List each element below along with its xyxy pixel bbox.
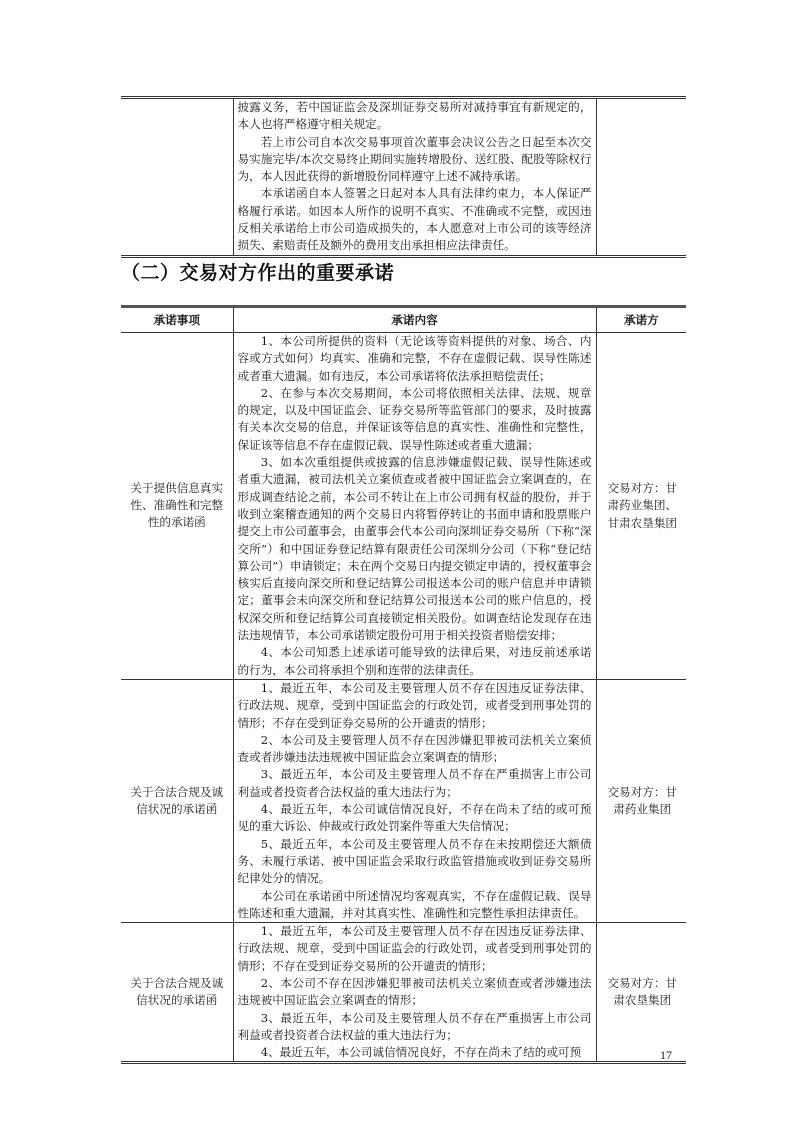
paragraph: 2、在参与本次交易期间，本公司将依照相关法律、法规、规章的规定，以及中国证监会、… bbox=[238, 385, 592, 454]
paragraph: 4、最近五年，本公司诚信情况良好，不存在尚未了结的或可预 bbox=[238, 1044, 592, 1061]
paragraph: 若上市公司自本次交易事项首次董事会决议公告之日起至本次交易实施完毕/本次交易终止… bbox=[238, 134, 592, 186]
paragraph: 2、本公司不存在因涉嫌犯罪被司法机关立案侦查或者涉嫌违法违规被中国证监会立案调查… bbox=[238, 975, 592, 1010]
category-cell: 关于合法合规及诚信状况的承诺函 bbox=[121, 679, 233, 922]
header-commitment-item: 承诺事项 bbox=[121, 307, 233, 333]
category-cell: 关于提供信息真实性、准确性和完整性的承诺函 bbox=[121, 333, 233, 680]
commitments-table: 承诺事项 承诺内容 承诺方 关于提供信息真实性、准确性和完整性的承诺函 1、本公… bbox=[121, 305, 686, 1064]
party-cell bbox=[596, 98, 686, 257]
table-header-row: 承诺事项 承诺内容 承诺方 bbox=[121, 307, 686, 333]
table-row: 关于提供信息真实性、准确性和完整性的承诺函 1、本公司所提供的资料（无论该等资料… bbox=[121, 333, 686, 680]
paragraph: 本承诺函自本人签署之日起对本人具有法律约束力，本人保证严格履行承诺。如因本人所作… bbox=[238, 185, 592, 254]
paragraph: 5、最近五年，本公司及主要管理人员不存在未按期偿还大额债务、未履行承诺、被中国证… bbox=[238, 836, 592, 888]
header-commitment-party: 承诺方 bbox=[596, 307, 686, 333]
paragraph: 披露义务，若中国证监会及深圳证券交易所对减持事宜有新规定的，本人也将严格遵守相关… bbox=[238, 99, 592, 134]
party-cell: 交易对方：甘肃药业集团 bbox=[596, 679, 686, 922]
paragraph: 4、本公司知悉上述承诺可能导致的法律后果，对违反前述承诺的行为，本公司将承担个别… bbox=[238, 644, 592, 679]
paragraph: 2、本公司及主要管理人员不存在因涉嫌犯罪被司法机关立案侦查或者涉嫌违法违规被中国… bbox=[238, 732, 592, 767]
content-cell: 披露义务，若中国证监会及深圳证券交易所对减持事宜有新规定的，本人也将严格遵守相关… bbox=[233, 98, 596, 257]
page-number: 17 bbox=[660, 1048, 672, 1063]
paragraph: 1、最近五年，本公司及主要管理人员不存在因违反证券法律、行政法规、规章，受到中国… bbox=[238, 923, 592, 975]
content-cell: 1、本公司所提供的资料（无论该等资料提供的对象、场合、内容或方式如何）均真实、准… bbox=[233, 333, 596, 680]
continuation-table: 披露义务，若中国证监会及深圳证券交易所对减持事宜有新规定的，本人也将严格遵守相关… bbox=[121, 96, 686, 258]
paragraph: 本公司在承诺函中所述情况均客观真实，不存在虚假记载、误导性陈述和重大遗漏，并对其… bbox=[238, 888, 592, 923]
category-cell bbox=[121, 98, 233, 257]
paragraph: 3、最近五年，本公司及主要管理人员不存在严重损害上市公司利益或者投资者合法权益的… bbox=[238, 766, 592, 801]
header-commitment-content: 承诺内容 bbox=[233, 307, 596, 333]
document-page: 披露义务，若中国证监会及深圳证券交易所对减持事宜有新规定的，本人也将严格遵守相关… bbox=[0, 0, 794, 1122]
table-row: 披露义务，若中国证监会及深圳证券交易所对减持事宜有新规定的，本人也将严格遵守相关… bbox=[121, 98, 686, 257]
paragraph: 4、最近五年，本公司诚信情况良好，不存在尚未了结的或可预见的重大诉讼、仲裁或行政… bbox=[238, 801, 592, 836]
paragraph: 3、最近五年，本公司及主要管理人员不存在严重损害上市公司利益或者投资者合法权益的… bbox=[238, 1010, 592, 1045]
section-heading: （二）交易对方作出的重要承诺 bbox=[121, 258, 394, 285]
category-cell: 关于合法合规及诚信状况的承诺函 bbox=[121, 923, 233, 1063]
party-cell: 交易对方：甘肃药业集团、甘肃农垦集团 bbox=[596, 333, 686, 680]
table-row: 关于合法合规及诚信状况的承诺函 1、最近五年，本公司及主要管理人员不存在因违反证… bbox=[121, 923, 686, 1063]
content-cell: 1、最近五年，本公司及主要管理人员不存在因违反证券法律、行政法规、规章，受到中国… bbox=[233, 679, 596, 922]
party-cell: 交易对方：甘肃农垦集团 bbox=[596, 923, 686, 1063]
paragraph: 3、如本次重组提供或披露的信息涉嫌虚假记载、误导性陈述或者重大遗漏，被司法机关立… bbox=[238, 454, 592, 644]
content-cell: 1、最近五年，本公司及主要管理人员不存在因违反证券法律、行政法规、规章，受到中国… bbox=[233, 923, 596, 1063]
paragraph: 1、最近五年，本公司及主要管理人员不存在因违反证券法律、行政法规、规章，受到中国… bbox=[238, 680, 592, 732]
paragraph: 1、本公司所提供的资料（无论该等资料提供的对象、场合、内容或方式如何）均真实、准… bbox=[238, 333, 592, 385]
table-row: 关于合法合规及诚信状况的承诺函 1、最近五年，本公司及主要管理人员不存在因违反证… bbox=[121, 679, 686, 922]
